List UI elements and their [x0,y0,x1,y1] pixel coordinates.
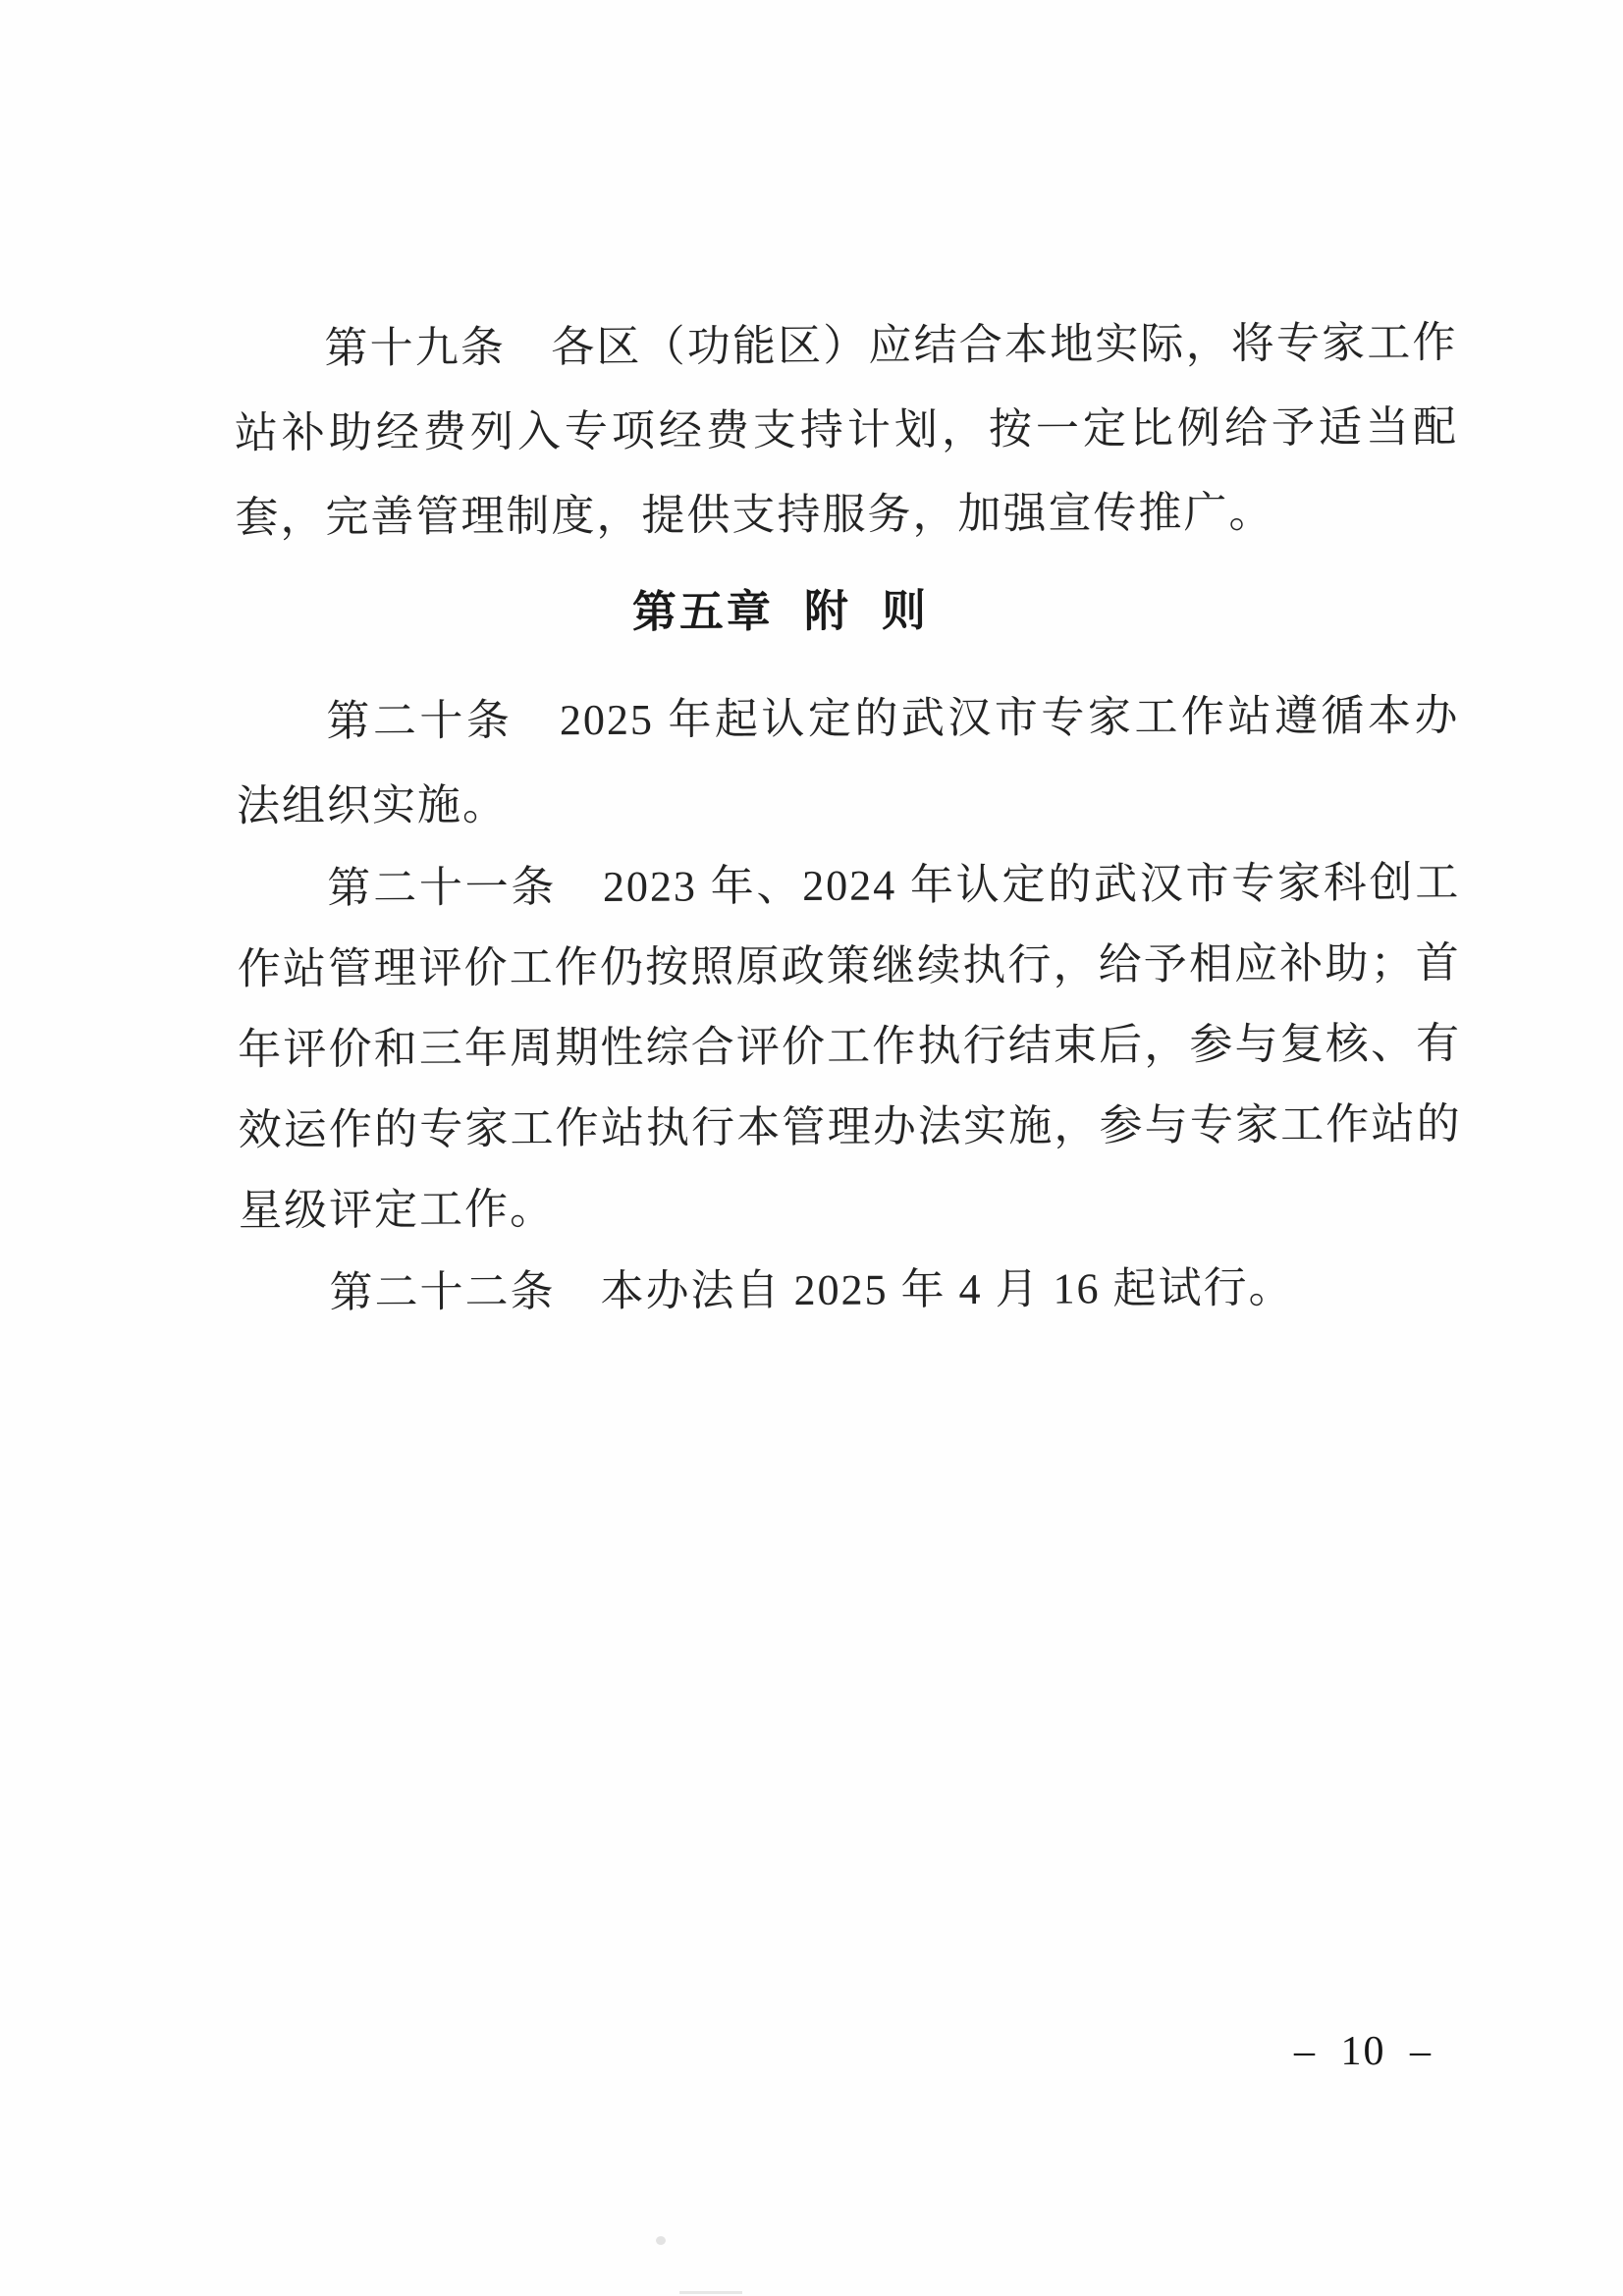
document-page: 第十九条 各区（功能区）应结合本地实际，将专家工作 站补助经费列入专项经费支持计… [0,0,1623,2296]
text-line: 第二十一条 2023 年、2024 年认定的武汉市专家科创工 [237,842,1460,930]
article-21-paragraph: 第二十一条 2023 年、2024 年认定的武汉市专家科创工 作站管理评价工作仍… [237,842,1462,1252]
text-line: 站补助经费列入专项经费支持计划，按一定比例给予适当配 [235,385,1458,476]
text-line: 效运作的专家工作站执行本管理办法实施，参与专家工作站的 [238,1084,1461,1171]
text-line: 星级评定工作。 [239,1164,1462,1252]
text-line: 第二十二条 本办法自 2025 年 4 月 16 起试行。 [239,1245,1462,1336]
article-19-paragraph: 第十九条 各区（功能区）应结合本地实际，将专家工作 站补助经费列入专项经费支持计… [234,300,1458,561]
chapter-5-heading: 第五章 附 则 [236,567,1459,655]
page-number: – 10 – [1294,2028,1433,2075]
scan-artifact [656,2236,666,2245]
text-line: 第二十条 2025 年起认定的武汉市专家工作站遵循本办 [236,673,1459,765]
article-20-paragraph: 第二十条 2025 年起认定的武汉市专家工作站遵循本办 法组织实施。 [236,673,1460,849]
document-body: 第十九条 各区（功能区）应结合本地实际，将专家工作 站补助经费列入专项经费支持计… [234,300,1462,1336]
article-22-paragraph: 第二十二条 本办法自 2025 年 4 月 16 起试行。 [239,1245,1462,1336]
text-line: 套，完善管理制度，提供支持服务，加强宣传推广。 [235,469,1458,561]
text-line: 第十九条 各区（功能区）应结合本地实际，将专家工作 [234,300,1457,392]
text-line: 年评价和三年周期性综合评价工作执行结束后，参与复核、有 [238,1003,1461,1091]
scan-artifact [679,2291,742,2294]
scanned-document: { "document": { "article19": { "lines": … [0,0,1623,2296]
text-line: 作站管理评价工作仍按照原政策继续执行，给予相应补助；首 [238,923,1461,1010]
text-line: 法组织实施。 [237,758,1460,849]
